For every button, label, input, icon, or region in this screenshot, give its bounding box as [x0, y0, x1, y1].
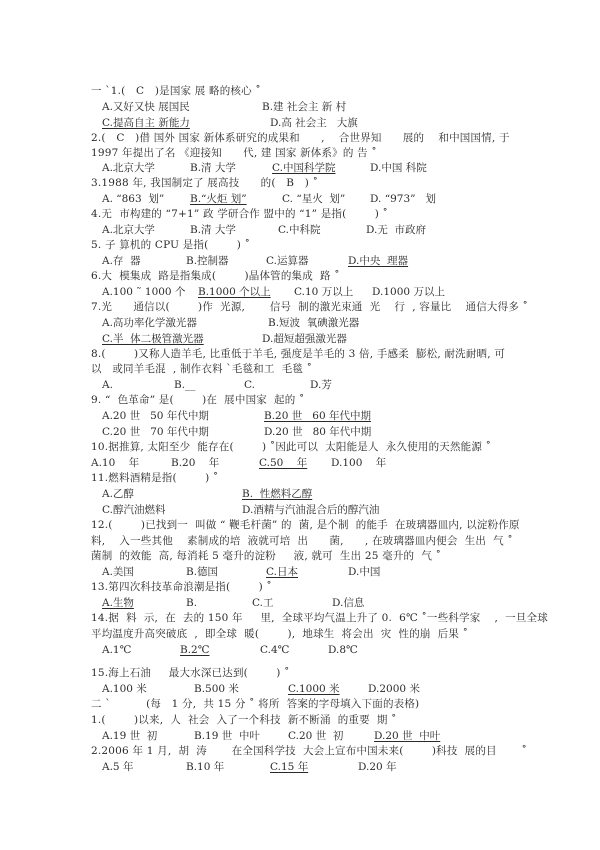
s2q1-option-c: C.20 世 初: [288, 729, 343, 743]
q4-option-a: A.北京大学: [102, 223, 155, 237]
question-6-options: A.100 ˜ 1000 个 B.1000 个以上 C.10 万以上 D.100…: [102, 285, 572, 299]
question-8-stem-line2: 以 或同羊毛混 , 制作衣料 `毛毯和工 毛毯 ˚: [91, 362, 312, 376]
question-12-stem-line1: 12.( )已找到一 叫做 “ 鞭毛杆菌” 的 菌, 是个制 的能手 在玻璃器皿…: [91, 518, 520, 532]
q12-option-d: D.中国: [348, 565, 380, 579]
q13-option-c: C.工: [252, 596, 274, 610]
q11-option-d: D.酒精与汽油混合后的醇汽油: [242, 503, 379, 517]
q5-option-c: C.运算器: [266, 254, 309, 268]
q1-option-c-answer: C.提高自主 新能力: [102, 116, 190, 130]
s2q1-option-d-answer: D.20 世 中叶: [374, 729, 440, 743]
question-14-stem-line2: 平均温度升高突破底 , 即全球 暖( ), 地球生 将会出 灾 性的崩 后果 ˚: [91, 627, 468, 641]
question-15-stem: 15.海上石油 最大水深已达到( ) ˚: [91, 666, 290, 680]
q1-option-b: B.建 社会主 新 村: [262, 100, 346, 114]
question-4-options: A.北京大学 B.清 大学 C.中科院 D.无 市政府: [102, 223, 572, 237]
q6-option-b-answer: B.1000 个以上: [198, 285, 271, 299]
question-12-stem-line2: 料, 入一些其他 素制成的培 液就可培 出 菌, , 在玻璃器皿内便会 生出 气…: [91, 534, 513, 548]
q15-option-d: D.2000 米: [368, 682, 420, 696]
question-10-options: A.10 年 B.20 年 C.50 年 D.100 年: [91, 456, 561, 470]
question-14-options: A.1℃ B.2℃ C.4℃ D.8℃: [102, 643, 572, 657]
question-2-options: A.北京大学 B.清 大学 C.中国科学院 D.中国 科院: [102, 161, 572, 175]
exam-page: 一 `1.( C )是国家 展 略的核心 ˚ A.又好又快 展国民 B.建 社会…: [0, 0, 600, 850]
q5-option-a: A.存 器: [102, 254, 141, 268]
question-7-options-row2: C.半 体二极管激光器 D.超短超强激光器: [102, 332, 572, 346]
q10-option-a: A.10 年: [91, 456, 139, 470]
question-6-stem: 6.大 模集成 路是指集成( )晶体管的集成 路 ˚: [91, 269, 340, 283]
q4-option-d: D.无 市政府: [366, 223, 426, 237]
question-13-stem: 13.第四次科技革命浪潮是指( ) ˚: [91, 580, 272, 594]
q14-option-b-answer: B.2℃: [180, 643, 209, 657]
q15-option-c-answer: C.1000 米: [288, 682, 340, 696]
q8-option-a: A.: [102, 378, 113, 392]
question-2-stem-line1: 2.( C )借 国外 国家 新体系研究的成果和 , 合世界知 展的 和中国国情…: [91, 131, 510, 145]
q14-option-a: A.1℃: [102, 643, 131, 657]
question-11-options-row2: C.醇汽油燃料 D.酒精与汽油混合后的醇汽油: [102, 503, 572, 517]
q9-option-b-answer: B.20 世 60 年代中期: [264, 409, 371, 423]
question-11-options-row1: A.乙醇 B. 性燃料乙醇: [102, 487, 572, 501]
question-12-stem-line3: 菌制 的效能 高, 每消耗 5 毫升的淀粉 液, 就可 生出 25 毫升的 气 …: [91, 549, 441, 563]
q13-option-b: B.: [186, 596, 197, 610]
q1-option-d: D.高 社会主 大旗: [270, 116, 358, 130]
q8-option-d: D.芳: [310, 378, 332, 392]
q10-option-d: D.100 年: [331, 456, 386, 470]
q14-option-d: D.8℃: [328, 643, 358, 657]
s2q2-option-c-answer: C.15 年: [270, 760, 308, 774]
q2-option-b: B.清 大学: [190, 161, 236, 175]
q9-option-a: A.20 世 50 年代中期: [102, 409, 209, 423]
section2-question-1-options: A.19 世 初 B.19 世 中叶 C.20 世 初 D.20 世 中叶: [102, 729, 572, 743]
q6-option-a: A.100 ˜ 1000 个: [102, 285, 185, 299]
question-2-stem-line2: 1997 年提出了名 《迎接知 代, 建 国家 新体系》的 告 ˚: [91, 146, 377, 160]
q11-option-c: C.醇汽油燃料: [102, 503, 166, 517]
q3-option-d: D. “973” 划: [370, 192, 436, 206]
q15-option-b: B.500 米: [194, 682, 239, 696]
question-9-options-row2: C.20 世 70 年代中期 D.20 世 80 年代中期: [102, 425, 572, 439]
question-8-options: A. B.__ C. D.芳: [102, 378, 572, 392]
q2-option-d: D.中国 科院: [370, 161, 427, 175]
question-7-stem: 7.光 通信以( )作 光源, 信号 制的激光束通 光 行 , 容量比 通信大得…: [91, 300, 528, 314]
q3-option-b-answer: B.“火炬 划”: [190, 192, 247, 206]
question-5-options: A.存 器 B.控制器 C.运算器 D.中央 理器: [102, 254, 572, 268]
q12-option-c-answer: C.日本: [266, 565, 298, 579]
q2-option-c-answer: C.中国科学院: [272, 161, 336, 175]
q3-option-c: C. “星火 划”: [282, 192, 345, 206]
question-1-options-row2: C.提高自主 新能力 D.高 社会主 大旗: [102, 116, 572, 130]
question-7-options-row1: A.高功率化学激光器 B.短波 氧碘激光器: [102, 316, 572, 330]
question-8-stem-line1: 8.( )又称人造羊毛, 比重低于羊毛, 强度是羊毛的 3 倍, 手感柔 膨松,…: [91, 347, 505, 361]
question-12-options: A.美国 B.德国 C.日本 D.中国: [102, 565, 572, 579]
q14-option-c: C.4℃: [260, 643, 289, 657]
q10-option-b: B.20 年: [171, 456, 219, 470]
q8-option-b-answer: B.__: [174, 378, 196, 392]
q13-option-d: D.信息: [332, 596, 364, 610]
question-5-stem: 5. 子 算机的 CPU 是指( ) ˚: [91, 238, 250, 252]
question-1-options-row1: A.又好又快 展国民 B.建 社会主 新 村: [102, 100, 572, 114]
q4-option-b: B.清 大学: [190, 223, 236, 237]
s2q1-option-b: B.19 世 中叶: [194, 729, 260, 743]
question-13-options: A.生物 B. C.工 D.信息: [102, 596, 572, 610]
s2q2-option-a: A.5 年: [102, 760, 133, 774]
section-2-header: 二 ` (每 1 分, 共 15 分 ˚ 将所 答案的字母填入下面的表格): [91, 697, 419, 711]
q11-option-b-answer: B. 性燃料乙醇: [242, 487, 312, 501]
q4-option-c: C.中科院: [278, 223, 321, 237]
s2q2-option-d: D.20 年: [358, 760, 397, 774]
question-3-stem: 3.1988 年, 我国制定了 展高技 的( B ) ˚: [91, 176, 318, 190]
q15-option-a: A.100 米: [102, 682, 147, 696]
q6-option-d: D.1000 万以上: [372, 285, 445, 299]
question-1-stem: 一 `1.( C )是国家 展 略的核心 ˚: [91, 84, 261, 98]
section2-question-2-stem: 2.2006 年 1 月, 胡 涛 在全国科学技 大会上宣布中国未来( )科技 …: [91, 744, 527, 758]
q7-option-c-answer: C.半 体二极管激光器: [102, 332, 204, 346]
q6-option-c: C.10 万以上: [294, 285, 353, 299]
q7-option-a: A.高功率化学激光器: [102, 316, 197, 330]
s2q1-option-a: A.19 世 初: [102, 729, 157, 743]
question-14-stem-line1: 14.据 料 示, 在 去的 150 年 里, 全球平均气温上升了 0. 6℃ …: [91, 611, 548, 625]
q7-option-d: D.超短超强激光器: [262, 332, 347, 346]
q10-option-c-answer: C.50 年: [259, 456, 307, 470]
question-9-options-row1: A.20 世 50 年代中期 B.20 世 60 年代中期: [102, 409, 572, 423]
q5-option-b: B.控制器: [186, 254, 229, 268]
q7-option-b: B.短波 氧碘激光器: [268, 316, 359, 330]
section2-question-2-options: A.5 年 B.10 年 C.15 年 D.20 年: [102, 760, 572, 774]
question-9-stem: 9. “ 色革命” 是( )在 展中国家 起的 ˚: [91, 393, 304, 407]
q11-option-a: A.乙醇: [102, 487, 134, 501]
question-15-options: A.100 米 B.500 米 C.1000 米 D.2000 米: [102, 682, 572, 696]
question-3-options: A. “863 划” B.“火炬 划” C. “星火 划” D. “973” 划: [102, 192, 572, 206]
s2q2-option-b: B.10 年: [186, 760, 224, 774]
q1-option-a: A.又好又快 展国民: [102, 100, 190, 114]
q9-option-c: C.20 世 70 年代中期: [102, 425, 209, 439]
q12-option-b: B.德国: [186, 565, 218, 579]
q3-option-a: A. “863 划”: [102, 192, 164, 206]
q8-option-c: C.: [244, 378, 255, 392]
q2-option-a: A.北京大学: [102, 161, 155, 175]
q12-option-a: A.美国: [102, 565, 134, 579]
q13-option-a-answer: A.生物: [102, 596, 134, 610]
section2-question-1-stem: 1.( )以来, 人 社会 入了一个科技 新不断涌 的重要 期 ˚: [91, 713, 397, 727]
q5-option-d-answer: D.中央 理器: [348, 254, 408, 268]
question-10-stem: 10.据推算, 太阳至少 能存在( ) ˚因此可以 太阳能是人 永久使用的天然能…: [91, 440, 491, 454]
question-11-stem: 11.燃料酒精是指( ) ˚: [91, 471, 218, 485]
question-4-stem: 4.无 市构建的 “7+1” 政 学研合作 盟中的 “1” 是指( ) ˚: [91, 207, 388, 221]
q9-option-d: D.20 世 80 年代中期: [264, 425, 371, 439]
